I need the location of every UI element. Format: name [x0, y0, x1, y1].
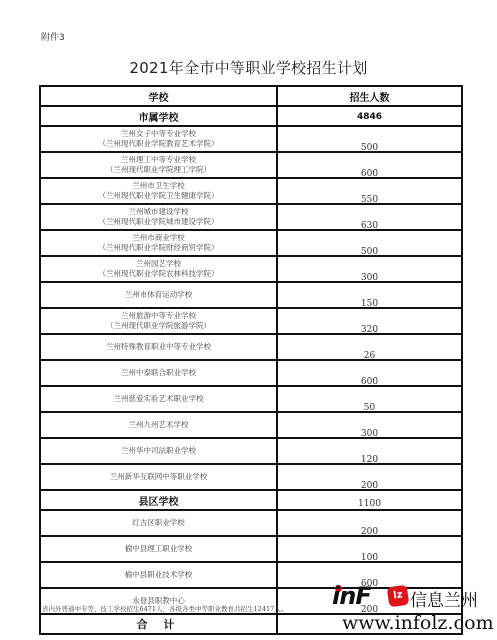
- school-name: 兰州中泰联合职业学校: [41, 368, 276, 378]
- school-name: 兰州特殊教育职业中等专业学校: [41, 342, 276, 352]
- enrollment-count: 300: [361, 273, 378, 283]
- enrollment-cell: 300: [277, 256, 462, 282]
- table-row: 兰州慈爱实验艺术职业学校50: [40, 386, 462, 412]
- school-subname: （兰州现代职业学院城市建设学院）: [41, 217, 276, 227]
- header-enrollment: 招生人数: [277, 86, 462, 106]
- school-subname: （兰州现代职业学院财经商贸学院）: [41, 243, 276, 253]
- header-school: 学校: [40, 86, 277, 106]
- logo-text: inF: [332, 582, 371, 610]
- enrollment-cell: 100: [277, 536, 462, 562]
- school-name: 榆中县职业技术学校: [41, 570, 276, 580]
- enrollment-count: 630: [361, 221, 378, 231]
- school-name: 兰州理工中等专业学校: [41, 155, 276, 165]
- enrollment-cell: 200: [277, 464, 462, 490]
- enrollment-cell: 500: [277, 126, 462, 152]
- table-row: 兰州市体育运动学校150: [40, 282, 462, 308]
- school-name: 兰州城市建设学校: [41, 207, 276, 217]
- enrollment-count: 500: [361, 247, 378, 257]
- table-row: 兰州园艺学校（兰州现代职业学院农林科技学院）300: [40, 256, 462, 282]
- enrollment-count: 600: [361, 169, 378, 179]
- group-name: 市属学校: [40, 106, 277, 126]
- enrollment-cell: 320: [277, 308, 462, 334]
- school-name: 兰州新华互联网中等职业学校: [41, 472, 276, 482]
- enrollment-count: 550: [361, 195, 378, 205]
- group-name: 县区学校: [40, 490, 277, 510]
- school-name: 榆中县理工职业学校: [41, 544, 276, 554]
- school-cell: 兰州市体育运动学校: [40, 282, 277, 308]
- watermark-url: www.infolz.com: [342, 612, 494, 634]
- table-row: 兰州市商业学校（兰州现代职业学院财经商贸学院）500: [40, 230, 462, 256]
- enrollment-count: 500: [361, 143, 378, 153]
- school-cell: 榆中县职业技术学校: [40, 562, 277, 588]
- school-cell: 兰州市卫生学校（兰州现代职业学院卫生健康学院）: [40, 178, 277, 204]
- school-subname: （兰州现代职业学院理工学院）: [41, 165, 276, 175]
- attachment-label: 附件3: [41, 30, 65, 43]
- enrollment-cell: 630: [277, 204, 462, 230]
- enrollment-cell: 26: [277, 334, 462, 360]
- group-row-county: 县区学校 1100: [40, 490, 462, 510]
- school-cell: 兰州市商业学校（兰州现代职业学院财经商贸学院）: [40, 230, 277, 256]
- school-subname: （兰州现代职业学院卫生健康学院）: [41, 191, 276, 201]
- school-cell: 兰州特殊教育职业中等专业学校: [40, 334, 277, 360]
- enrollment-plan-table: 学校 招生人数 市属学校 4846 兰州女子中等专业学校（兰州现代职业学院教育艺…: [39, 85, 463, 635]
- enrollment-count: 600: [361, 377, 378, 387]
- school-cell: 兰州中泰联合职业学校: [40, 360, 277, 386]
- enrollment-cell: 600: [277, 152, 462, 178]
- table-row: 兰州华中司法职业学校120: [40, 438, 462, 464]
- school-name: 兰州市商业学校: [41, 233, 276, 243]
- enrollment-cell: 50: [277, 386, 462, 412]
- enrollment-cell: 300: [277, 412, 462, 438]
- school-subname: （兰州现代职业学院教育艺术学院）: [41, 139, 276, 149]
- enrollment-count: 120: [361, 455, 378, 465]
- table-row: 兰州特殊教育职业中等专业学校26: [40, 334, 462, 360]
- school-name: 兰州华中司法职业学校: [41, 446, 276, 456]
- table-row: 榆中县理工职业学校100: [40, 536, 462, 562]
- school-name: 兰州慈爱实验艺术职业学校: [41, 394, 276, 404]
- school-cell: 红古区职业学校: [40, 510, 277, 536]
- enrollment-count: 150: [361, 299, 378, 309]
- document-title: 2021年全市中等职业学校招生计划: [0, 57, 497, 78]
- enrollment-count: 100: [361, 553, 378, 563]
- group-total: 1100: [358, 499, 381, 509]
- table-row: 兰州城市建设学校（兰州现代职业学院城市建设学院）630: [40, 204, 462, 230]
- enrollment-count: 200: [361, 481, 378, 491]
- school-cell: 兰州城市建设学校（兰州现代职业学院城市建设学院）: [40, 204, 277, 230]
- logo-chinese-text: 信息兰州: [410, 586, 478, 611]
- school-cell: 榆中县理工职业学校: [40, 536, 277, 562]
- table-header-row: 学校 招生人数: [40, 86, 462, 106]
- school-cell: 兰州新华互联网中等职业学校: [40, 464, 277, 490]
- group-row-city: 市属学校 4846: [40, 106, 462, 126]
- enrollment-count: 50: [364, 403, 375, 413]
- table-row: 红古区职业学校200: [40, 510, 462, 536]
- school-cell: 兰州旅游中等专业学校（兰州现代职业学院旅游学院）: [40, 308, 277, 334]
- school-cell: 兰州女子中等专业学校（兰州现代职业学院教育艺术学院）: [40, 126, 277, 152]
- enrollment-count: 200: [361, 527, 378, 537]
- school-name: 兰州园艺学校: [41, 259, 276, 269]
- school-name: 兰州旅游中等专业学校: [41, 311, 276, 321]
- table-row: 兰州新华互联网中等职业学校200: [40, 464, 462, 490]
- table-row: 兰州市卫生学校（兰州现代职业学院卫生健康学院）550: [40, 178, 462, 204]
- logo-badge-icon: lz: [387, 585, 410, 608]
- enrollment-count: 26: [364, 351, 375, 361]
- school-name: 兰州市卫生学校: [41, 181, 276, 191]
- school-cell: 兰州慈爱实验艺术职业学校: [40, 386, 277, 412]
- school-name: 红古区职业学校: [41, 518, 276, 528]
- total-label: 合 计: [40, 614, 277, 634]
- enrollment-count: 320: [361, 325, 378, 335]
- table-row: 兰州旅游中等专业学校（兰州现代职业学院旅游学院）320: [40, 308, 462, 334]
- footnote: 省内外普通中专等、技工学校招生6471人，各级各类中等职业教育共招生12417人…: [42, 604, 287, 613]
- enrollment-cell: 600: [277, 360, 462, 386]
- school-name: 兰州市体育运动学校: [41, 290, 276, 300]
- school-cell: 兰州园艺学校（兰州现代职业学院农林科技学院）: [40, 256, 277, 282]
- school-cell: 兰州九州艺术学校: [40, 412, 277, 438]
- enrollment-cell: 120: [277, 438, 462, 464]
- enrollment-cell: 200: [277, 510, 462, 536]
- watermark-logo: inF lz 信息兰州 www.infolz.com: [330, 582, 497, 640]
- table-row: 兰州女子中等专业学校（兰州现代职业学院教育艺术学院）500: [40, 126, 462, 152]
- school-subname: （兰州现代职业学院旅游学院）: [41, 321, 276, 331]
- group-total: 4846: [357, 112, 382, 122]
- table-row: 兰州中泰联合职业学校600: [40, 360, 462, 386]
- enrollment-cell: 500: [277, 230, 462, 256]
- enrollment-cell: 550: [277, 178, 462, 204]
- school-cell: 兰州理工中等专业学校（兰州现代职业学院理工学院）: [40, 152, 277, 178]
- school-subname: （兰州现代职业学院农林科技学院）: [41, 269, 276, 279]
- enrollment-count: 300: [361, 429, 378, 439]
- school-name: 兰州女子中等专业学校: [41, 129, 276, 139]
- school-name: 兰州九州艺术学校: [41, 420, 276, 430]
- enrollment-cell: 150: [277, 282, 462, 308]
- school-cell: 兰州华中司法职业学校: [40, 438, 277, 464]
- table-row: 兰州九州艺术学校300: [40, 412, 462, 438]
- table-row: 兰州理工中等专业学校（兰州现代职业学院理工学院）600: [40, 152, 462, 178]
